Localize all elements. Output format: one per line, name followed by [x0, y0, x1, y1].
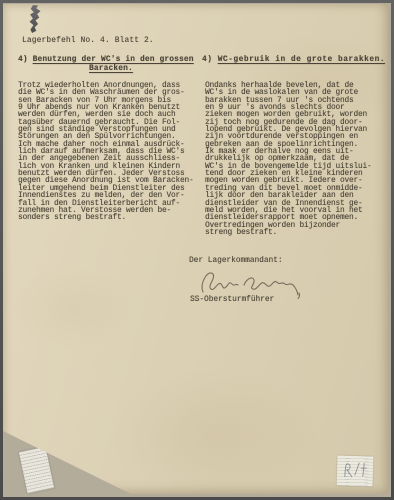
heading-german-number: 4) [18, 56, 28, 64]
commandant-signature-handwriting [196, 266, 311, 300]
scan-backing-mat: Lagerbefehl No. 4. Blatt 2. 4) Benutzung… [3, 3, 391, 497]
section-heading-dutch: 4) WC-gebruik in de grote barakken. [202, 56, 385, 65]
signature-rank: SS-Obersturmführer [190, 296, 274, 304]
scan-frame: Lagerbefehl No. 4. Blatt 2. 4) Benutzung… [0, 0, 394, 500]
document-header: Lagerbefehl No. 4. Blatt 2. [22, 37, 154, 45]
paragraph-dutch: Ondanks herhaalde bevelen, dat de WC's i… [205, 83, 371, 237]
archive-sticker-bottom-right [337, 456, 374, 487]
paper-damage-mark [27, 5, 44, 33]
heading-dutch-number: 4) [202, 56, 212, 64]
heading-dutch-text: WC-gebruik in de grote barakken. [218, 56, 385, 64]
paragraph-german: Trotz wiederholten Anordnungen, dass die… [18, 83, 193, 223]
archive-sticker-handwriting [337, 456, 374, 487]
signature-title: Der Lagerkommandant: [189, 257, 283, 265]
heading-german-line2: Baracken. [18, 65, 204, 74]
archive-sticker-under-page [19, 447, 54, 494]
heading-german-text: Benutzung der WC's in den grossen [33, 56, 194, 64]
document-page: Lagerbefehl No. 4. Blatt 2. 4) Benutzung… [3, 4, 388, 494]
heading-german-line1: 4) Benutzung der WC's in den grossen [18, 56, 204, 65]
section-heading-german: 4) Benutzung der WC's in den grossen Bar… [18, 56, 204, 73]
